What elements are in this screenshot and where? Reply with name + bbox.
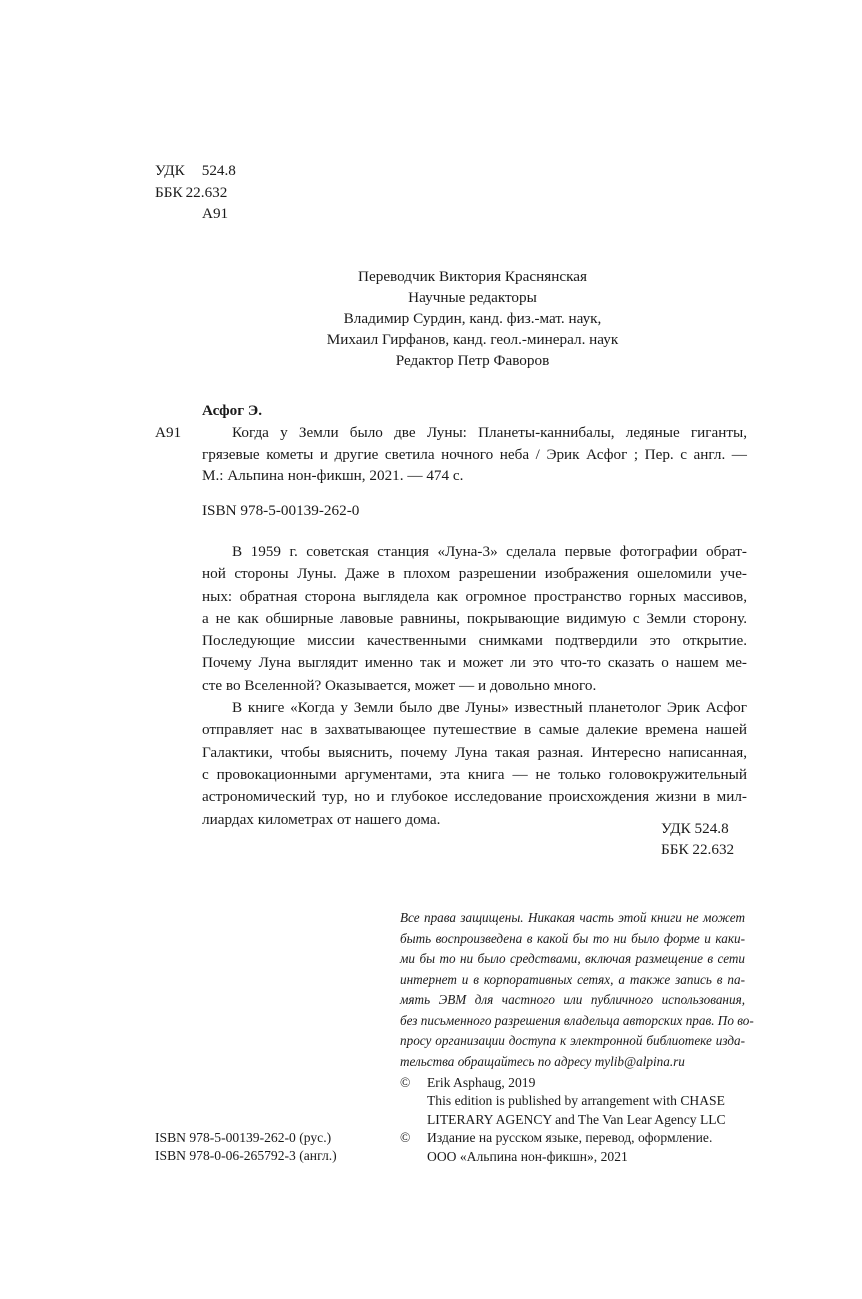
rights-line: мять ЭВМ для частного или публичного исп… [400,990,745,1011]
isbn-list: ISBN 978-5-00139-262-0 (рус.) ISBN 978-0… [155,1129,337,1166]
author-code: А91 [202,203,236,225]
copyright-icon: © [400,1129,410,1147]
credit-editor: Редактор Петр Фаворов [200,350,745,371]
copyright-line: Издание на русском языке, перевод, оформ… [427,1129,726,1147]
copyright-block: © Erik Asphaug, 2019 This edition is pub… [400,1074,726,1166]
annotation-bbk: ББК 22.632 [661,839,734,860]
annotation-line: Галактики, чтобы выяснить, почему Луна т… [202,742,747,764]
rights-line: быть воспроизведена в какой бы то ни был… [400,929,745,950]
annotation-line: ной стороны Луны. Даже в плохом разрешен… [202,563,747,585]
copyright-entry-russian: © Издание на русском языке, перевод, офо… [400,1129,726,1166]
bib-line: грязевые кометы и другие светила ночного… [202,444,747,466]
udk-label: УДК [155,162,185,179]
annotation-line: с провокационными аргументами, эта книга… [202,764,747,786]
copyright-line: LITERARY AGENCY and The Van Lear Agency … [427,1111,726,1129]
annotation-line: Последующие миссии качественными снимкам… [202,630,747,652]
credits-block: Переводчик Виктория Краснянская Научные … [200,266,745,371]
annotation-classification: УДК 524.8 ББК 22.632 [661,818,734,860]
copyright-line: Erik Asphaug, 2019 [427,1074,726,1092]
bib-author: Асфог Э. [202,400,262,421]
annotation-line: сте во Вселенной? Оказывается, может — и… [202,675,747,697]
isbn-english: ISBN 978-0-06-265792-3 (англ.) [155,1147,337,1165]
bbk-label: ББК [155,184,183,201]
copyright-entry-original: © Erik Asphaug, 2019 This edition is pub… [400,1074,726,1129]
udk-value: 524.8 [202,160,236,182]
isbn-russian: ISBN 978-5-00139-262-0 (рус.) [155,1129,337,1147]
annotation-line: ных: обратная сторона выглядела как огро… [202,586,747,608]
bib-description: Когда у Земли было две Луны: Планеты-кан… [202,422,747,487]
rights-line: тельства обращайтесь по адресу mylib@alp… [400,1052,745,1073]
credit-translator: Переводчик Виктория Краснянская [200,266,745,287]
rights-line: без письменного разрешения владельца авт… [400,1011,745,1032]
bib-isbn: ISBN 978-5-00139-262-0 [202,500,359,521]
rights-line: Все права защищены. Никакая часть этой к… [400,908,745,929]
classification-block: УДК524.8 ББК22.632 А91 [155,160,236,225]
annotation-line: а не как обширные лавовые равнины, покры… [202,608,747,630]
copyright-line: This edition is published by arrangement… [427,1092,726,1110]
annotation-line: В книге «Когда у Земли было две Луны» из… [202,697,747,719]
credit-science-editor: Владимир Сурдин, канд. физ.-мат. наук, [200,308,745,329]
annotation: В 1959 г. советская станция «Луна-3» сде… [202,541,747,831]
annotation-line: Почему Луна выглядит именно так и может … [202,652,747,674]
rights-line: просу организации доступа к электронной … [400,1031,745,1052]
credit-science-editors-heading: Научные редакторы [200,287,745,308]
credit-science-editor: Михаил Гирфанов, канд. геол.-минерал. на… [200,329,745,350]
copyright-line: ООО «Альпина нон-фикшн», 2021 [427,1148,726,1166]
udk-row: УДК524.8 [155,160,236,182]
bib-line: М.: Альпина нон-фикшн, 2021. — 474 с. [202,465,747,487]
bbk-value: 22.632 [186,182,228,204]
bib-line: Когда у Земли было две Луны: Планеты-кан… [202,422,747,444]
annotation-line: астрономический тур, но и глубокое иссле… [202,786,747,808]
bbk-row: ББК22.632 [155,182,236,204]
annotation-line: В 1959 г. советская станция «Луна-3» сде… [202,541,747,563]
rights-line: интернет и в корпоративных сетях, а такж… [400,970,745,991]
rights-line: ми бы то ни было средствами, включая раз… [400,949,745,970]
bib-code: А91 [155,422,181,443]
copyright-icon: © [400,1074,410,1092]
annotation-line: отправляет нас в захватывающее путешеств… [202,719,747,741]
annotation-udk: УДК 524.8 [661,818,734,839]
rights-notice: Все права защищены. Никакая часть этой к… [400,908,745,1072]
